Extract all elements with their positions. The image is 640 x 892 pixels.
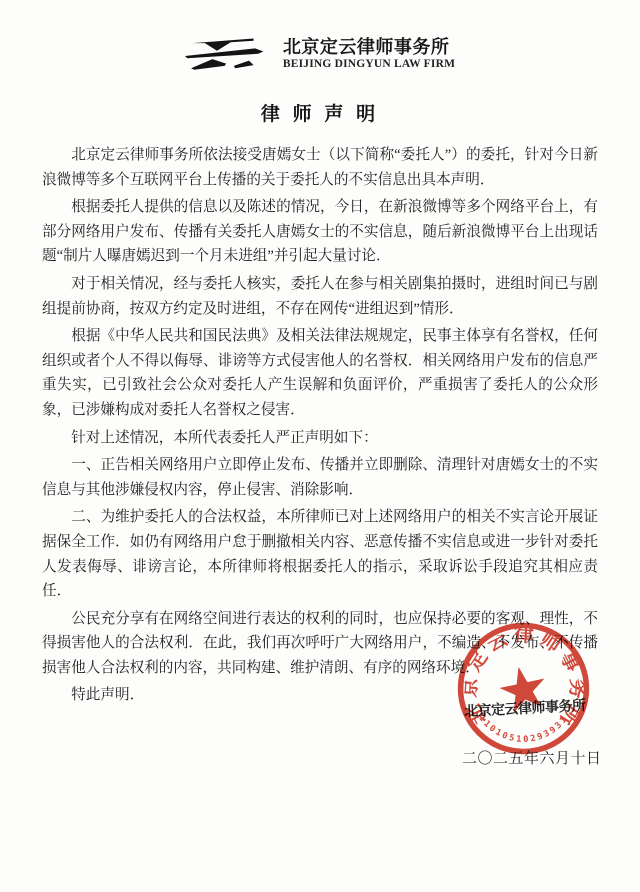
statement-paragraph: 一、正告相关网络用户立即停止发布、传播并立即删除、清理针对唐嫣女士的不实信息与其… bbox=[42, 453, 598, 502]
firm-name-block: 北京定云律师事务所 BEIJING DINGYUN LAW FIRM bbox=[283, 37, 455, 71]
document-page: 北京定云律师事务所 BEIJING DINGYUN LAW FIRM 律 师 声… bbox=[0, 0, 640, 892]
firm-name-cn: 北京定云律师事务所 bbox=[283, 37, 450, 58]
firm-name-en: BEIJING DINGYUN LAW FIRM bbox=[283, 58, 455, 72]
statement-title: 律 师 声 明 bbox=[0, 99, 640, 126]
statement-paragraph: 针对上述情况，本所代表委托人严正声明如下： bbox=[42, 426, 598, 451]
statement-paragraph: 北京定云律师事务所依法接受唐嫣女士（以下简称“委托人”）的委托，针对今日新浪微博… bbox=[42, 143, 598, 192]
statement-paragraph: 二、为维护委托人的合法权益，本所律师已对上述网络用户的相关不实言论开展证据保全工… bbox=[42, 505, 598, 603]
statement-paragraph: 根据委托人提供的信息以及陈述的情况，今日，在新浪微博等多个网络平台上，有部分网络… bbox=[42, 195, 598, 269]
statement-date: 二〇二五年六月十日 bbox=[462, 747, 602, 768]
letterhead: 北京定云律师事务所 BEIJING DINGYUN LAW FIRM bbox=[0, 0, 640, 73]
law-firm-logo-icon bbox=[185, 36, 265, 73]
statement-paragraph: 根据《中华人民共和国民法典》及相关法律法规规定，民事主体享有名誉权，任何组织或者… bbox=[42, 324, 598, 422]
statement-paragraph: 对于相关情况，经与委托人核实，委托人在参与相关剧集拍摄时，进组时间已与剧组提前协… bbox=[42, 272, 598, 321]
seal-star-icon bbox=[496, 662, 550, 714]
law-firm-seal-stamp: 北京定云律师事务所 11010510293931 bbox=[455, 620, 592, 757]
